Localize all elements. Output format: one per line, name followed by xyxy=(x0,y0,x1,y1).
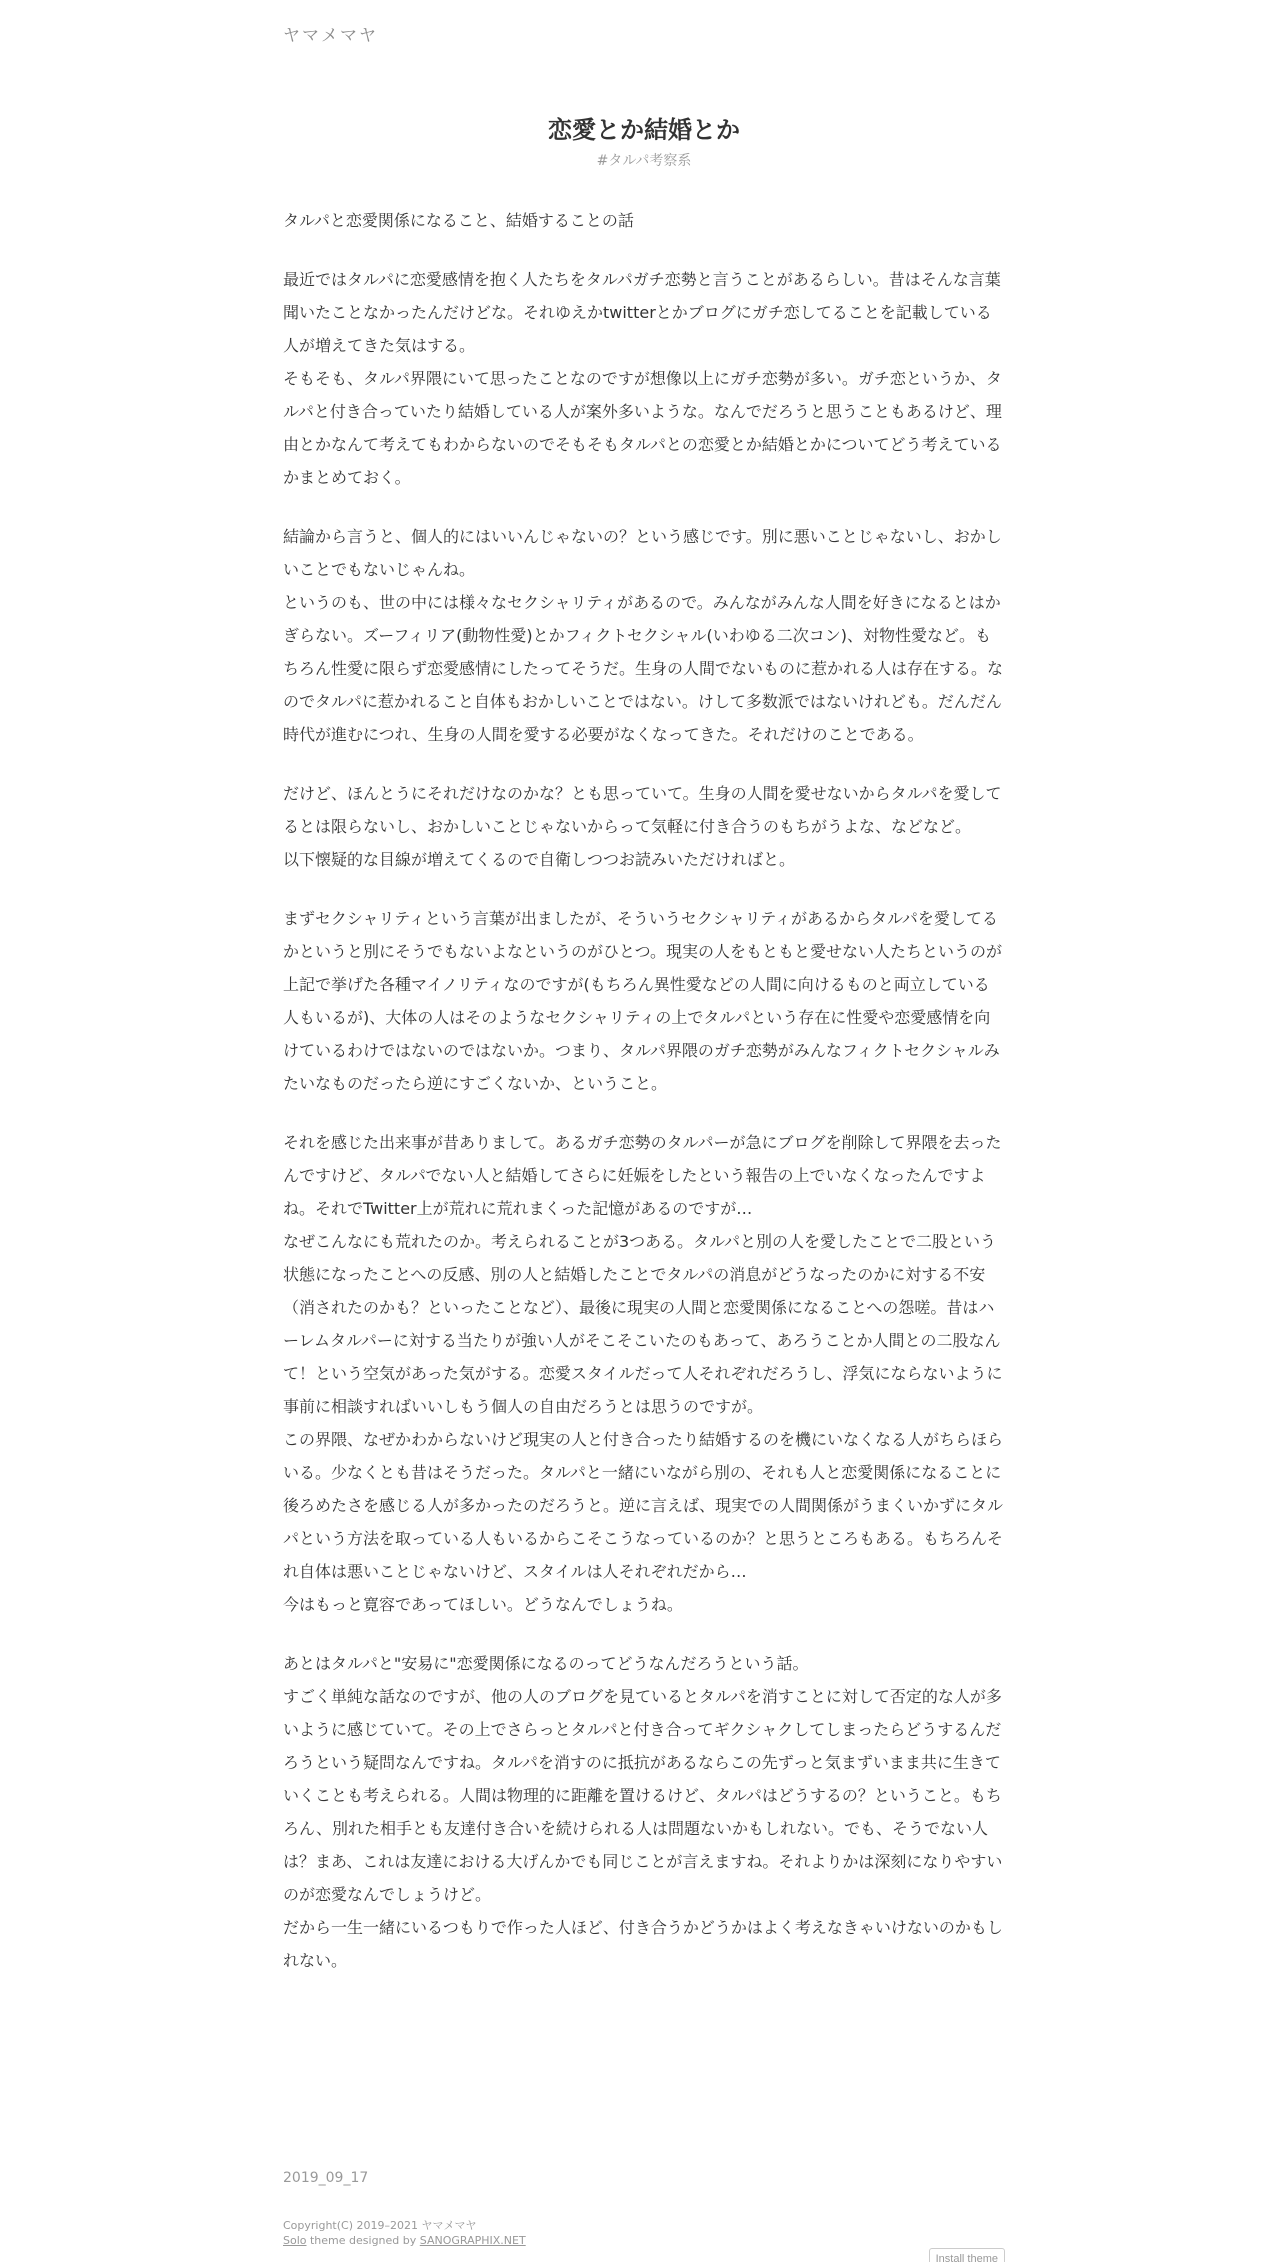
paragraph-line: だから一生一緒にいるつもりで作った人ほど、付き合うかどうかはよく考えなきゃいけな… xyxy=(283,1911,1005,1977)
theme-credit-text: theme designed by xyxy=(307,2234,420,2247)
paragraph-line: この界隈、なぜかわからないけど現実の人と付き合ったり結婚するのを機にいなくなる人… xyxy=(283,1423,1005,1588)
paragraph: だけど、ほんとうにそれだけなのかな？とも思っていて。生身の人間を愛せないからタル… xyxy=(283,777,1005,876)
paragraph: それを感じた出来事が昔ありまして。あるガチ恋勢のタルパーが急にブログを削除して界… xyxy=(283,1126,1005,1621)
paragraph: タルパと恋愛関係になること、結婚することの話 xyxy=(283,204,1005,237)
paragraph-line: 以下懐疑的な目線が増えてくるので自衛しつつお読みいただければと。 xyxy=(283,843,1005,876)
paragraph: あとはタルパと"安易に"恋愛関係になるのってどうなんだろうという話。すごく単純な… xyxy=(283,1647,1005,1977)
paragraph-line: タルパと恋愛関係になること、結婚することの話 xyxy=(283,204,1005,237)
post-title: 恋愛とか結婚とか xyxy=(283,112,1005,148)
solo-theme-link[interactable]: Solo xyxy=(283,2234,307,2247)
paragraph-line: 最近ではタルパに恋愛感情を抱く人たちをタルパガチ恋勢と言うことがあるらしい。昔は… xyxy=(283,263,1005,362)
copyright-text: Copyright(C) 2019–2021 ヤマメマヤ xyxy=(283,2218,1005,2233)
paragraph: まずセクシャリティという言葉が出ましたが、そういうセクシャリティがあるからタルパ… xyxy=(283,902,1005,1100)
paragraph-line: あとはタルパと"安易に"恋愛関係になるのってどうなんだろうという話。 xyxy=(283,1647,1005,1680)
install-theme-button[interactable]: Install theme xyxy=(929,2248,1005,2262)
footer: Copyright(C) 2019–2021 ヤマメマヤ Solo theme … xyxy=(283,2218,1005,2248)
paragraph-line: まずセクシャリティという言葉が出ましたが、そういうセクシャリティがあるからタルパ… xyxy=(283,902,1005,1100)
post-date: 2019_09_17 xyxy=(283,2170,368,2186)
paragraph: 最近ではタルパに恋愛感情を抱く人たちをタルパガチ恋勢と言うことがあるらしい。昔は… xyxy=(283,263,1005,494)
theme-credit: Solo theme designed by SANOGRAPHIX.NET xyxy=(283,2233,1005,2248)
paragraph-line: 結論から言うと、個人的にはいいんじゃないの？という感じです。別に悪いことじゃない… xyxy=(283,520,1005,586)
post-header: 恋愛とか結婚とか #タルパ考察系 xyxy=(283,112,1005,172)
post-tag-link[interactable]: #タルパ考察系 xyxy=(283,150,1005,172)
paragraph: 結論から言うと、個人的にはいいんじゃないの？という感じです。別に悪いことじゃない… xyxy=(283,520,1005,751)
paragraph-line: だけど、ほんとうにそれだけなのかな？とも思っていて。生身の人間を愛せないからタル… xyxy=(283,777,1005,843)
paragraph-line: そもそも、タルパ界隈にいて思ったことなのですが想像以上にガチ恋勢が多い。ガチ恋と… xyxy=(283,362,1005,494)
paragraph-line: というのも、世の中には様々なセクシャリティがあるので。みんながみんな人間を好きに… xyxy=(283,586,1005,751)
paragraph-line: すごく単純な話なのですが、他の人のブログを見ているとタルパを消すことに対して否定… xyxy=(283,1680,1005,1911)
paragraph-line: 今はもっと寛容であってほしい。どうなんでしょうね。 xyxy=(283,1588,1005,1621)
post-body: タルパと恋愛関係になること、結婚することの話最近ではタルパに恋愛感情を抱く人たち… xyxy=(283,204,1005,2003)
paragraph-line: それを感じた出来事が昔ありまして。あるガチ恋勢のタルパーが急にブログを削除して界… xyxy=(283,1126,1005,1225)
site-title-link[interactable]: ヤマメマヤ xyxy=(283,21,378,46)
paragraph-line: なぜこんなにも荒れたのか。考えられることが3つある。タルパと別の人を愛したことで… xyxy=(283,1225,1005,1423)
sanographix-link[interactable]: SANOGRAPHIX.NET xyxy=(420,2234,526,2247)
